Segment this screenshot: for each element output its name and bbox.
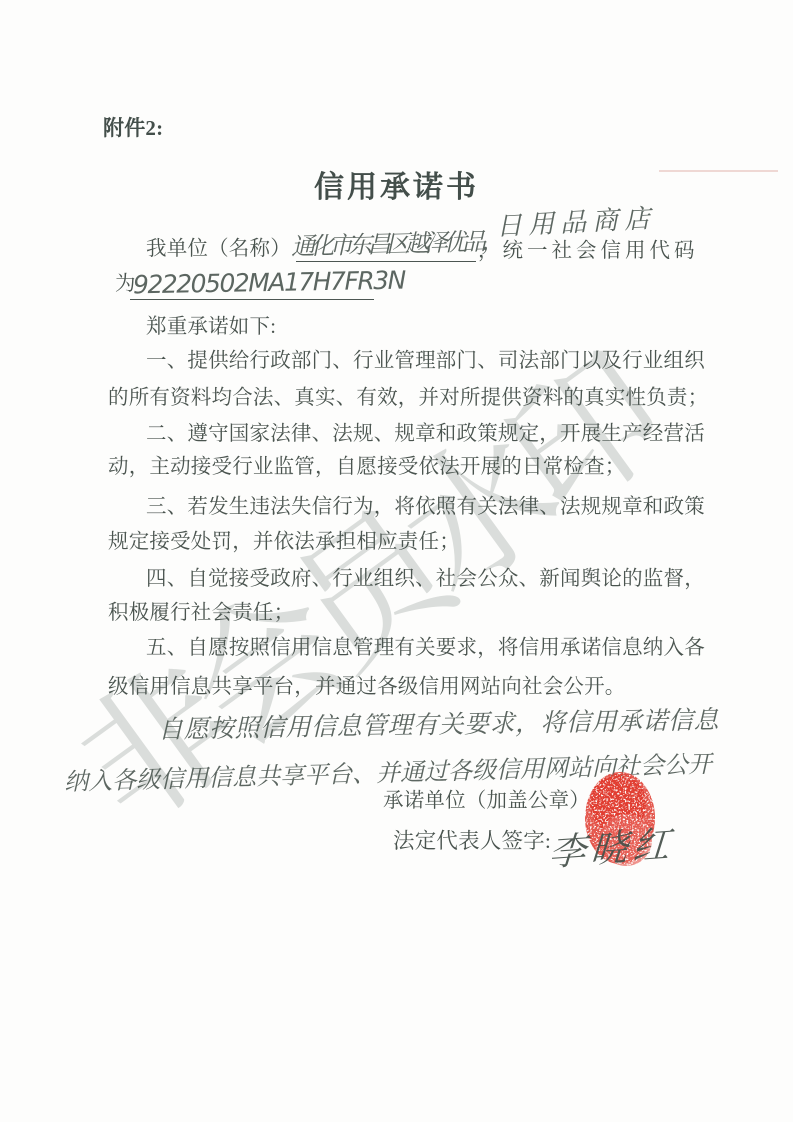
- document-title: 信用承诺书: [314, 162, 479, 206]
- pledge-item-5-line-1: 五、自愿按照信用信息管理有关要求，将信用承诺信息纳入各: [146, 638, 705, 659]
- pledge-item-4-line-2: 积极履行社会责任；: [108, 603, 294, 624]
- unit-seal-label: 承诺单位（加盖公章）: [383, 791, 590, 812]
- pledge-heading: 郑重承诺如下:: [146, 317, 276, 338]
- legal-representative-label: 法定代表人签字:: [393, 831, 551, 853]
- scanned-document-page: 非会员水印 附件2: 信用承诺书 我单位（名称） ，统一社会信用代码 通化市东昌…: [0, 0, 793, 1122]
- pledge-item-5-line-2: 级信用信息共享平台，并通过各级信用网站向社会公开。: [108, 677, 626, 698]
- handwritten-company-name: 通化市东昌区越泽优品，: [291, 221, 501, 261]
- pledge-item-1-line-1: 一、提供给行政部门、行业管理部门、司法部门以及行业组织: [146, 351, 705, 372]
- attachment-label: 附件2:: [103, 118, 163, 139]
- scan-artifact-line: [659, 170, 778, 172]
- handwritten-credit-code: 92220502MA17H7FR3N: [133, 266, 405, 300]
- pledge-item-3-line-1: 三、若发生违法失信行为，将依照有关法律、法规规章和政策: [146, 497, 705, 518]
- pledge-item-4-line-1: 四、自觉接受政府、行业组织、社会公众、新闻舆论的监督，: [146, 569, 705, 590]
- pledge-item-1-line-2: 的所有资料均合法、真实、有效，并对所提供资料的真实性负责；: [108, 388, 708, 409]
- intro-line1-prefix: 我单位（名称）: [146, 239, 291, 260]
- handwritten-company-name-overflow: 日用品商店: [495, 198, 657, 243]
- pledge-item-3-line-2: 规定接受处罚，并依法承担相应责任；: [108, 532, 460, 553]
- company-name-blank-underline: [296, 261, 476, 262]
- pledge-item-2-line-1: 二、遵守国家法律、法规、规章和政策规定，开展生产经营活: [146, 424, 705, 445]
- pledge-item-2-line-2: 动，主动接受行业监管，自愿接受依法开展的日常检查；: [108, 457, 626, 478]
- credit-code-underline: [130, 299, 374, 300]
- handwritten-signature: 李晓红: [547, 813, 676, 876]
- intro-line1-suffix: ，统一社会信用代码: [478, 241, 699, 262]
- handwritten-note-line-1: 自愿按照信用信息管理有关要求，将信用承诺信息: [158, 700, 720, 746]
